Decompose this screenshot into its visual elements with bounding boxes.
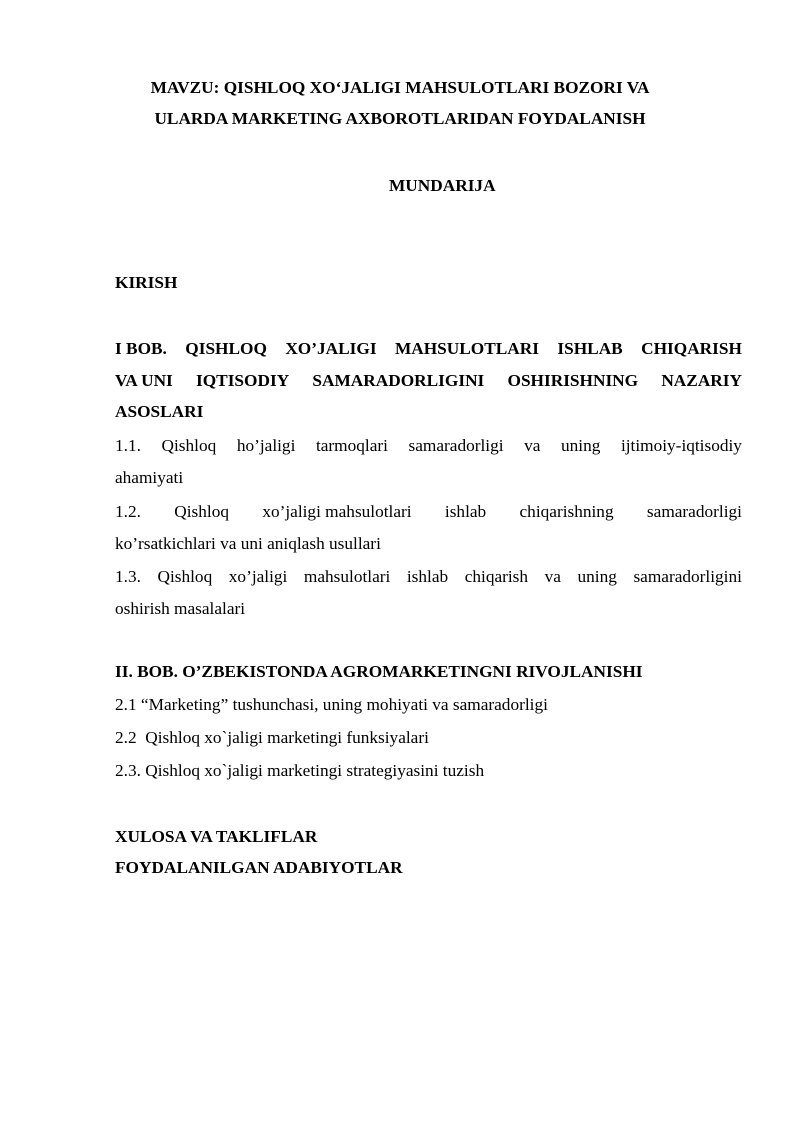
toc-conclusion: XULOSA VA TAKLIFLAR	[115, 827, 317, 847]
word: samaradorligini	[633, 567, 741, 587]
word: samaradorligi	[647, 502, 742, 522]
word: uning	[578, 567, 617, 587]
toc-chapter2-title: II. BOB. O’ZBEKISTONDA AGROMARKETINGNI R…	[115, 662, 642, 682]
toc-chapter1-line3: ASOSLARI	[115, 402, 203, 422]
word: chiqarish	[465, 567, 528, 587]
word: ho’jaligi	[237, 436, 296, 456]
word: 1.1.	[115, 436, 141, 456]
word: VA UNI	[115, 371, 173, 391]
word: uning	[561, 436, 600, 456]
word: Qishloq	[157, 567, 212, 587]
word: mahsulotlari	[304, 567, 390, 587]
word: tarmoqlari	[316, 436, 388, 456]
word: IQTISODIY	[196, 371, 289, 391]
word: ijtimoiy-iqtisodiy	[621, 436, 742, 456]
toc-references: FOYDALANILGAN ADABIYOTLAR	[115, 858, 403, 878]
word: OSHIRISHNING	[508, 371, 639, 391]
word: ISHLAB	[557, 339, 622, 359]
word: CHIQARISH	[641, 339, 742, 359]
toc-chapter1-line1: I BOB.QISHLOQXO’JALIGIMAHSULOTLARIISHLAB…	[115, 339, 742, 359]
toc-section-2-1: 2.1 “Marketing” tushunchasi, uning mohiy…	[115, 695, 548, 715]
document-page: MAVZU: QISHLOQ XO‘JALIGI MAHSULOTLARI BO…	[0, 0, 800, 1131]
word: ishlab	[407, 567, 448, 587]
word: Qishloq	[162, 436, 217, 456]
toc-section-1-3-line2: oshirish masalalari	[115, 599, 245, 619]
word: I BOB.	[115, 339, 167, 359]
word: Qishloq	[174, 502, 229, 522]
word: xo’jaligi	[229, 567, 288, 587]
toc-chapter1-line2: VA UNIIQTISODIYSAMARADORLIGINIOSHIRISHNI…	[115, 371, 742, 391]
word: va	[524, 436, 540, 456]
toc-intro: KIRISH	[115, 273, 177, 293]
toc-section-1-2-line2: ko’rsatkichlari va uni aniqlash usullari	[115, 534, 381, 554]
contents-heading: MUNDARIJA	[389, 176, 496, 196]
word: ishlab	[445, 502, 486, 522]
word: SAMARADORLIGINI	[312, 371, 484, 391]
word: MAHSULOTLARI	[395, 339, 539, 359]
toc-section-1-2-line1: 1.2.Qishloqxo’jaligi mahsulotlariishlabc…	[115, 502, 742, 522]
word: NAZARIY	[661, 371, 742, 391]
word: QISHLOQ	[185, 339, 267, 359]
toc-section-2-2: 2.2 Qishloq xo`jaligi marketingi funksiy…	[115, 728, 429, 748]
title-line-2: ULARDA MARKETING AXBOROTLARIDAN FOYDALAN…	[0, 109, 800, 129]
title-line-1: MAVZU: QISHLOQ XO‘JALIGI MAHSULOTLARI BO…	[0, 78, 800, 98]
word: xo’jaligi mahsulotlari	[262, 502, 411, 522]
word: va	[545, 567, 561, 587]
toc-section-1-3-line1: 1.3.Qishloqxo’jaligimahsulotlariishlabch…	[115, 567, 742, 587]
word: chiqarishning	[520, 502, 614, 522]
toc-section-2-3: 2.3. Qishloq xo`jaligi marketingi strate…	[115, 761, 484, 781]
word: XO’JALIGI	[285, 339, 376, 359]
word: 1.3.	[115, 567, 141, 587]
word: 1.2.	[115, 502, 141, 522]
word: samaradorligi	[409, 436, 504, 456]
toc-section-1-1-line2: ahamiyati	[115, 468, 183, 488]
toc-section-1-1-line1: 1.1.Qishloqho’jaligitarmoqlarisamaradorl…	[115, 436, 742, 456]
